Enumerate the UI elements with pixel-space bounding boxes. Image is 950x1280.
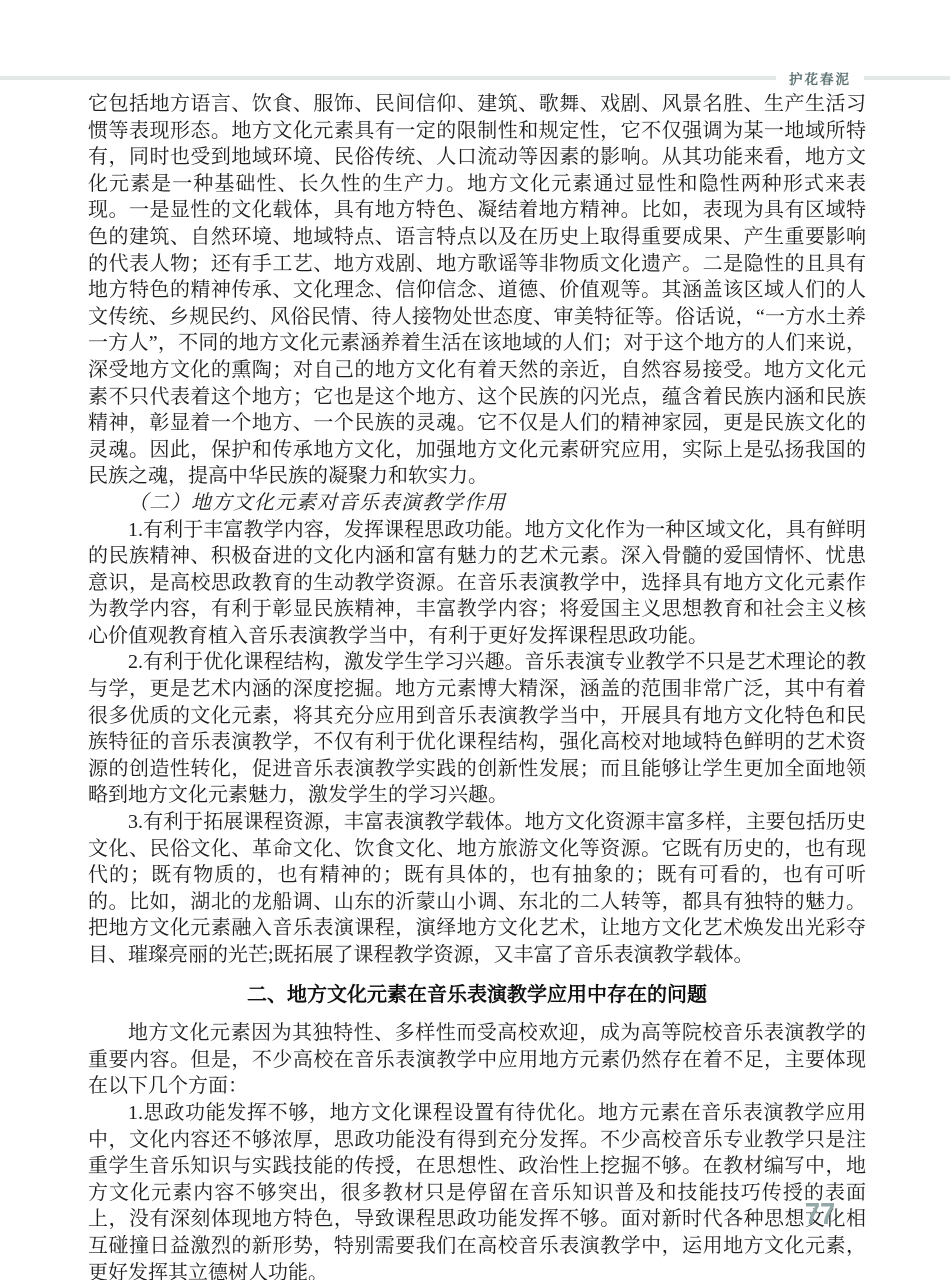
article-body: 它包括地方语言、饮食、服饰、民间信仰、建筑、歌舞、戏剧、风景名胜、生产生活习惯等… xyxy=(88,91,866,1280)
document-page: 护花春泥 它包括地方语言、饮食、服饰、民间信仰、建筑、歌舞、戏剧、风景名胜、生产… xyxy=(0,0,950,1280)
page-header: 护花春泥 xyxy=(0,68,950,88)
paragraph-section2-intro: 地方文化元素因为其独特性、多样性而受高校欢迎，成为高等院校音乐表演教学的重要内容… xyxy=(88,1020,866,1100)
paragraph-section2-point-1: 1.思政功能发挥不够，地方文化课程设置有待优化。地方元素在音乐表演教学应用中，文… xyxy=(88,1100,866,1280)
paragraph-point-3: 3.有利于拓展课程资源，丰富表演教学载体。地方文化资源丰富多样，主要包括历史文化… xyxy=(88,809,866,969)
section-2-heading: 二、地方文化元素在音乐表演教学应用中存在的问题 xyxy=(88,982,866,1009)
header-rule-right xyxy=(864,76,950,80)
paragraph-point-1: 1.有利于丰富教学内容，发挥课程思政功能。地方文化作为一种区域文化，具有鲜明的民… xyxy=(88,517,866,650)
journal-column-title: 护花春泥 xyxy=(789,68,851,88)
header-rule-left xyxy=(0,76,776,80)
subheading-local-culture-teaching-role: （二）地方文化元素对音乐表演教学作用 xyxy=(88,490,866,517)
paragraph-point-2: 2.有利于优化课程结构，激发学生学习兴趣。音乐表演专业教学不只是艺术理论的教与学… xyxy=(88,649,866,809)
page-number: 77 xyxy=(799,1196,841,1232)
paragraph-continuation: 它包括地方语言、饮食、服饰、民间信仰、建筑、歌舞、戏剧、风景名胜、生产生活习惯等… xyxy=(88,91,866,490)
